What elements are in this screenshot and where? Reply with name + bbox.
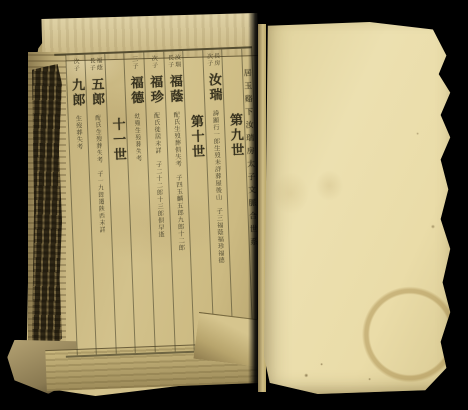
relation-label-line: 三子 [131, 56, 139, 70]
relation-label-line: 福蔭 [95, 57, 103, 71]
relation-label: 長房次子 [205, 53, 220, 68]
genealogy-print-area: 居玉谿下汝瑞房太子文脈合世系第九世長房次子汝瑞諱顯行一郎生歿未詳葬屋後山 子三福… [54, 46, 264, 357]
generation-label: 第十世 [186, 114, 207, 160]
relation-label: 次子 [150, 55, 158, 69]
relation-label-line: 長子 [166, 54, 174, 68]
person-name: 福蔭 [165, 74, 185, 105]
generation-label: 第九世 [225, 113, 246, 159]
biography-note: 配氏生歿葬失考 子一九郎遷陝西未詳 [93, 114, 107, 272]
biography-note: 幼殤生歿葬失考 [133, 113, 147, 271]
relation-label-line: 次子 [205, 53, 213, 67]
relation-label: 汝瑞長子 [166, 54, 181, 69]
relation-label: 次子 [72, 58, 80, 72]
relation-label: 三子 [131, 56, 139, 70]
biography-note: 配氏生歿葬俱失考 子四玉麟五郎九郎十二郎 [172, 111, 186, 269]
book-photograph: 居玉谿下汝瑞房太子文脈合世系第九世長房次子汝瑞諱顯行一郎生歿未詳葬屋後山 子三福… [0, 0, 468, 410]
right-blank-page [264, 22, 456, 394]
relation-label-line: 汝瑞 [173, 54, 181, 68]
relation-label-line: 長房 [212, 53, 220, 67]
text-columns: 居玉谿下汝瑞房太子文脈合世系第九世長房次子汝瑞諱顯行一郎生歿未詳葬屋後山 子三福… [54, 48, 263, 355]
relation-label-line: 次子 [72, 58, 80, 72]
person-name: 五郎 [86, 77, 106, 108]
biography-note: 生歿葬失考 [74, 115, 88, 273]
generation-label: 十一世 [107, 117, 128, 163]
person-name: 福德 [125, 75, 145, 106]
person-name: 九郎 [67, 78, 87, 109]
biography-note: 諱顯行一郎生歿未詳葬屋後山 子三福蔭福珍福德 [211, 110, 225, 268]
relation-label: 福蔭長子 [88, 57, 103, 72]
biography-note: 配氏徙居未詳 子二十二郎十三郎俱早逝 [152, 112, 166, 270]
relation-label-line: 長子 [88, 57, 96, 71]
relation-label-line: 次子 [150, 55, 158, 69]
person-name: 福珍 [145, 75, 165, 106]
person-name: 汝瑞 [204, 72, 224, 103]
